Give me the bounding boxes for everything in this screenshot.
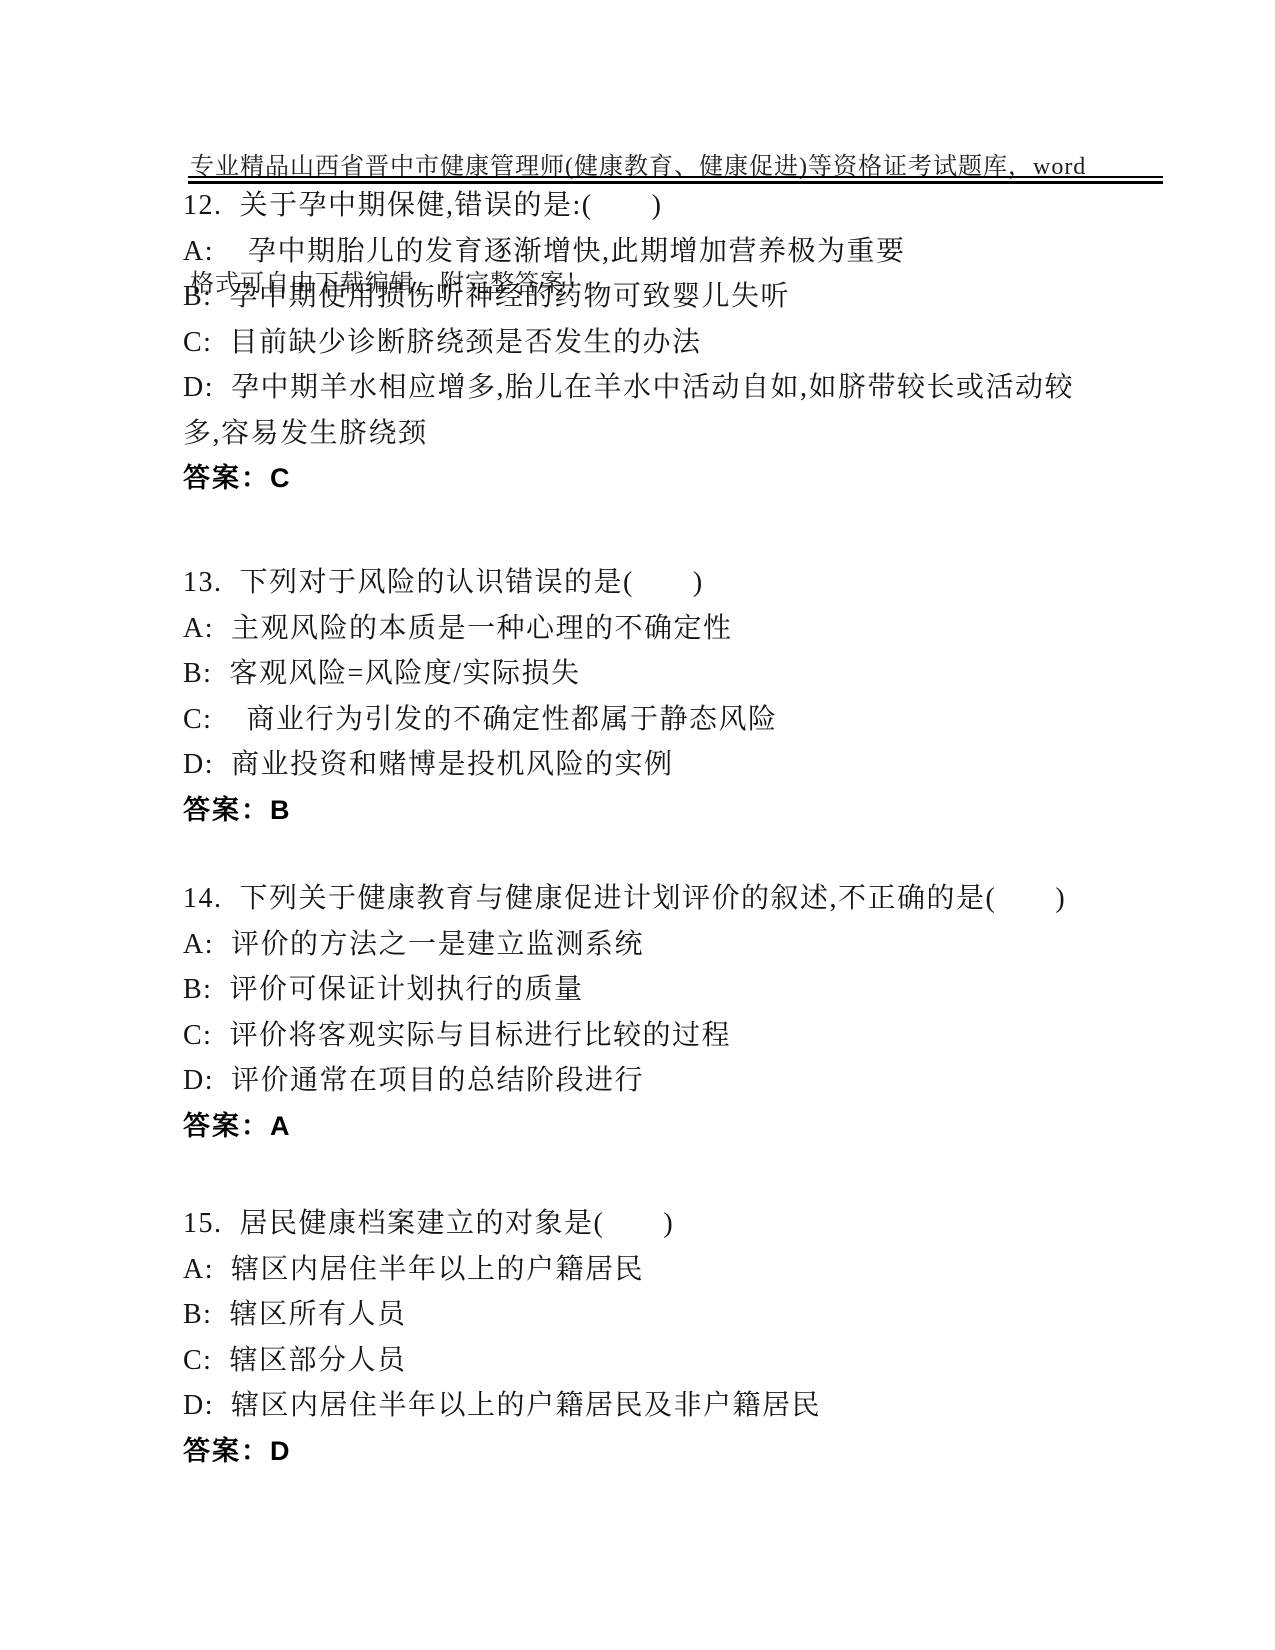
question-12-stem: 12. 关于孕中期保健,错误的是:( )	[183, 183, 1083, 229]
question-15-option-a: A: 辖区内居住半年以上的户籍居民	[183, 1247, 1083, 1293]
document-page: 专业精品山西省晋中市健康管理师(健康教育、健康促进)等资格证考试题库，word …	[0, 0, 1275, 1650]
question-13-block: 13. 下列对于风险的认识错误的是( ) A: 主观风险的本质是一种心理的不确定…	[183, 560, 1083, 833]
question-12-answer: 答案：C	[183, 456, 1083, 502]
question-13-option-a: A: 主观风险的本质是一种心理的不确定性	[183, 606, 1083, 652]
question-14-stem: 14. 下列关于健康教育与健康促进计划评价的叙述,不正确的是( )	[183, 876, 1083, 922]
question-14-block: 14. 下列关于健康教育与健康促进计划评价的叙述,不正确的是( ) A: 评价的…	[183, 876, 1083, 1149]
question-14-option-b: B: 评价可保证计划执行的质量	[183, 967, 1083, 1013]
question-15-option-c: C: 辖区部分人员	[183, 1338, 1083, 1384]
question-15-stem: 15. 居民健康档案建立的对象是( )	[183, 1201, 1083, 1247]
question-13-stem: 13. 下列对于风险的认识错误的是( )	[183, 560, 1083, 606]
question-14-option-a: A: 评价的方法之一是建立监测系统	[183, 922, 1083, 968]
question-13-option-b: B: 客观风险=风险度/实际损失	[183, 651, 1083, 697]
question-13-option-c: C: 商业行为引发的不确定性都属于静态风险	[183, 697, 1083, 743]
question-12-option-a: A: 孕中期胎儿的发育逐渐增快,此期增加营养极为重要	[183, 229, 1083, 275]
question-14-option-d: D: 评价通常在项目的总结阶段进行	[183, 1058, 1083, 1104]
question-12-option-c: C: 目前缺少诊断脐绕颈是否发生的办法	[183, 320, 1083, 366]
question-14-answer: 答案：A	[183, 1104, 1083, 1150]
question-13-option-d: D: 商业投资和赌博是投机风险的实例	[183, 742, 1083, 788]
question-13-answer: 答案：B	[183, 788, 1083, 834]
question-15-option-d: D: 辖区内居住半年以上的户籍居民及非户籍居民	[183, 1383, 1083, 1429]
question-15-answer: 答案：D	[183, 1429, 1083, 1475]
question-12-block: 12. 关于孕中期保健,错误的是:( ) A: 孕中期胎儿的发育逐渐增快,此期增…	[183, 183, 1083, 502]
question-15-option-b: B: 辖区所有人员	[183, 1292, 1083, 1338]
question-14-option-c: C: 评价将客观实际与目标进行比较的过程	[183, 1013, 1083, 1059]
question-12-option-b: B: 孕中期使用损伤听神经的药物可致婴儿失听	[183, 274, 1083, 320]
question-12-option-d: D: 孕中期羊水相应增多,胎儿在羊水中活动自如,如脐带较长或活动较 多,容易发生…	[183, 365, 1083, 456]
question-15-block: 15. 居民健康档案建立的对象是( ) A: 辖区内居住半年以上的户籍居民 B:…	[183, 1201, 1083, 1474]
